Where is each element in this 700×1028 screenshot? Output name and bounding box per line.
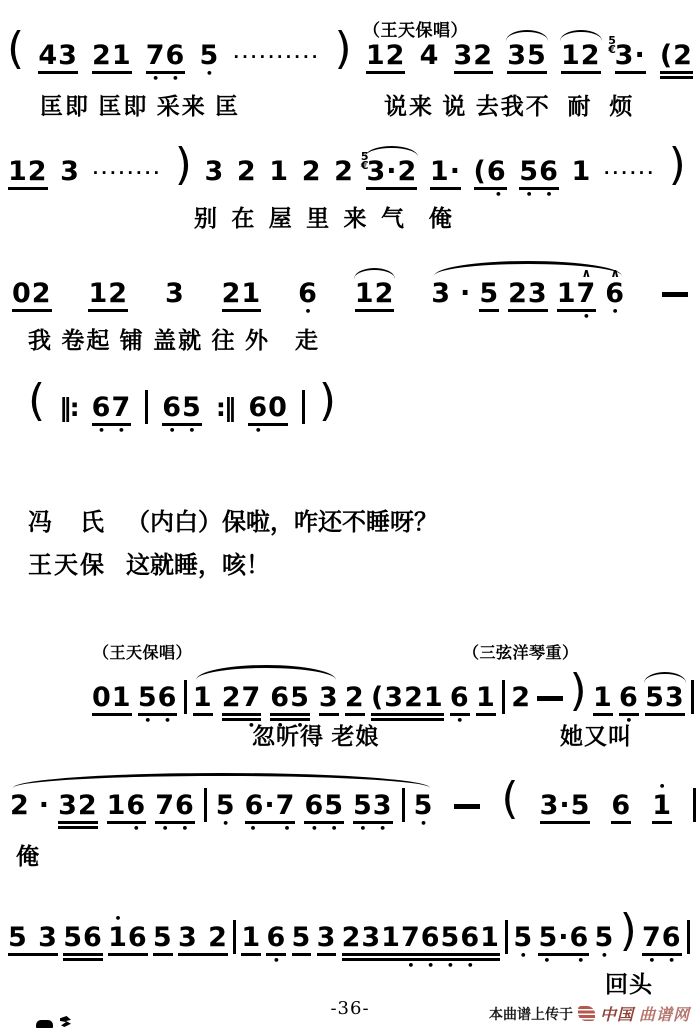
- music-line-1: (432176••5•··········)1243235123·5€(2: [7, 42, 693, 79]
- paren: ): [175, 158, 192, 186]
- slurred-phrase: 3·52317•∧6•∧: [431, 280, 625, 312]
- note: 6•: [266, 924, 286, 956]
- page-cutoff-glyph: [36, 1020, 53, 1028]
- note: 27•: [222, 684, 262, 721]
- note: 17•∧: [557, 280, 597, 312]
- note: 76••: [155, 792, 195, 824]
- watermark-prefix: 本曲谱上传于: [489, 1004, 573, 1024]
- note: 5·6••: [538, 924, 589, 956]
- note: 6: [611, 792, 631, 824]
- note: 01: [92, 684, 132, 716]
- dash-note: —: [662, 292, 688, 297]
- dash-note: —: [537, 696, 563, 701]
- note: 3: [431, 280, 451, 307]
- barline: |: [233, 920, 236, 954]
- barline: |: [402, 788, 405, 822]
- lyrics-line-1a: 匡即 匡即 采来 匡: [40, 88, 240, 121]
- paren: ): [570, 684, 587, 712]
- note: (321: [371, 684, 444, 721]
- note: 1·: [430, 158, 461, 190]
- note: 3: [165, 280, 185, 307]
- dialogue-speaker: 冯 氏: [28, 502, 106, 537]
- note: 56••: [519, 158, 559, 190]
- paren: ): [335, 42, 352, 70]
- note: 16•: [107, 792, 147, 824]
- barline: |: [502, 680, 505, 714]
- singer-label-mid: （王天保唱）: [93, 640, 192, 663]
- key-mark: 5€: [608, 36, 616, 54]
- note: 23176561••••: [342, 924, 500, 961]
- note: 32: [58, 792, 98, 829]
- music-line-4: (‖:67••|65••:‖60•|): [28, 394, 336, 426]
- lyrics-line-7: 回头: [605, 966, 653, 999]
- slurred-phrase: 2·3216•76••|5•6·7••65••53••|5•: [10, 792, 433, 829]
- instrument-label: （三弦洋琴重）: [463, 640, 579, 663]
- note: 2: [345, 684, 365, 716]
- repeat-sign: :‖: [216, 394, 235, 419]
- note: 3·5€: [615, 42, 646, 74]
- note: 1: [593, 684, 613, 716]
- note: 53: [645, 684, 685, 716]
- lyrics-line-1b: 说来 说 去我不 耐 烦: [384, 88, 634, 121]
- barline: |: [505, 920, 508, 954]
- note: 5•: [513, 924, 533, 951]
- paren: ): [620, 924, 637, 952]
- note: 6•: [298, 280, 318, 307]
- repeat-sign: ‖:: [59, 394, 78, 419]
- key-mark: 5€: [361, 152, 369, 170]
- continuation-dots: ········: [93, 158, 163, 173]
- note: 53••: [353, 792, 393, 824]
- note: 65••: [304, 792, 344, 824]
- note: 3: [319, 684, 339, 716]
- note: 35: [507, 42, 547, 74]
- note: 12: [8, 158, 48, 190]
- note: 3 2: [178, 924, 228, 956]
- lyrics-line-6: 俺: [16, 838, 39, 871]
- note: 16•: [108, 924, 148, 956]
- continuation-dots: ··········: [233, 42, 320, 57]
- sheet-music-page: { "labels": { "singer_top": "（王天保唱）", "s…: [0, 0, 700, 1028]
- note: 32: [454, 42, 494, 74]
- note: 5: [292, 924, 312, 956]
- music-line-3: 02123216•123·52317•∧6•∧—: [12, 280, 688, 312]
- note: 5•: [216, 792, 236, 819]
- note: 5•: [199, 42, 219, 69]
- note: 21: [222, 280, 262, 312]
- dialogue-speaker: 王天保: [28, 545, 106, 580]
- watermark-site-name-rest: 曲谱网: [639, 1002, 690, 1025]
- note: 5•: [414, 792, 434, 819]
- dash-note: —: [454, 804, 480, 809]
- note: 2: [237, 158, 257, 185]
- barline: |: [687, 920, 690, 954]
- note: 12: [561, 42, 601, 74]
- note: 3·25€: [366, 158, 417, 190]
- note: 5: [479, 280, 499, 312]
- barline: |: [145, 390, 148, 424]
- note: 56••: [138, 684, 178, 716]
- watermark-site-name: 中国: [600, 1002, 634, 1025]
- music-line-6: 2·3216•76••|5•6·7••65••53••|5•—(3·561•|: [10, 792, 696, 829]
- note: 4: [420, 42, 440, 69]
- paren: (: [7, 42, 24, 70]
- lyrics-line-3: 我 卷起 铺 盖就 往 外 走: [28, 322, 320, 355]
- barline: |: [302, 390, 305, 424]
- note: 1•: [652, 792, 672, 824]
- note: 12: [355, 280, 395, 312]
- note: 12: [88, 280, 128, 312]
- note: 65••: [162, 394, 202, 426]
- note: 60•: [248, 394, 288, 426]
- note: ·: [39, 792, 49, 819]
- lyrics-line-5a: 忽听得 老娘: [252, 718, 379, 751]
- note: 65••: [270, 684, 310, 721]
- note: 67••: [92, 394, 132, 426]
- note: 43: [38, 42, 78, 74]
- note: 5 3: [8, 924, 58, 956]
- note: (6•: [474, 158, 507, 190]
- note: 76••: [146, 42, 186, 74]
- note: 3: [60, 158, 80, 185]
- barline: |: [204, 788, 207, 822]
- note: 6•: [450, 684, 470, 716]
- note: 12: [366, 42, 406, 74]
- dialogue-text: （内白）保啦，咋还不睡呀？: [126, 502, 438, 537]
- barline: |: [693, 788, 696, 822]
- music-line-2: 123········)321223·25€1·(6•56••1······): [8, 158, 686, 190]
- paren: (: [28, 394, 45, 422]
- music-line-7: 5 35616•53 2|16•5323176561••••|5•5·6••5•…: [8, 924, 690, 961]
- note: 1: [193, 684, 213, 716]
- dialogue-row-1: 冯 氏 （内白）保啦，咋还不睡呀？: [28, 502, 106, 537]
- note: 6·7••: [245, 792, 296, 824]
- note: ·: [460, 280, 470, 307]
- barline: |: [691, 680, 694, 714]
- note: 2: [334, 158, 354, 185]
- note: 23: [508, 280, 548, 312]
- note: 5: [153, 924, 173, 956]
- music-line-5: 0156••|127•65••32(3216•1|2—)16•53|: [92, 684, 694, 721]
- singer-label-top: （王天保唱）: [363, 16, 468, 41]
- note: 3: [317, 924, 337, 956]
- note: 1: [269, 158, 289, 185]
- note: 2: [10, 792, 30, 819]
- dialogue-text: 这就睡，咳！: [126, 545, 270, 580]
- site-logo-icon: [578, 1006, 595, 1021]
- barline: |: [184, 680, 187, 714]
- watermark: 本曲谱上传于 中国 曲谱网: [489, 1002, 690, 1025]
- paren: ): [319, 394, 336, 422]
- continuation-dots: ······: [604, 158, 656, 173]
- paren: ): [669, 158, 686, 186]
- note: 6•∧: [605, 280, 625, 307]
- note: 2: [511, 684, 531, 711]
- note: 2: [302, 158, 322, 185]
- paren: (: [501, 792, 518, 820]
- note: (2: [660, 42, 693, 79]
- lyrics-line-2: 别 在 屋 里 来 气 俺: [194, 200, 456, 233]
- note: 76••: [642, 924, 682, 956]
- lyrics-line-5b: 她又叫: [560, 718, 632, 751]
- note: 5•: [595, 924, 615, 951]
- note: 1: [571, 158, 591, 185]
- note: 21: [92, 42, 132, 74]
- note: 1: [241, 924, 261, 956]
- note: 1: [476, 684, 496, 716]
- dialogue-row-2: 王天保 这就睡，咳！: [28, 545, 106, 580]
- note: 6•: [619, 684, 639, 716]
- note: 3·5: [540, 792, 591, 824]
- note: 3: [205, 158, 225, 185]
- note: 56: [63, 924, 103, 961]
- slurred-phrase: 127•65••3: [193, 684, 339, 721]
- note: 02: [12, 280, 52, 312]
